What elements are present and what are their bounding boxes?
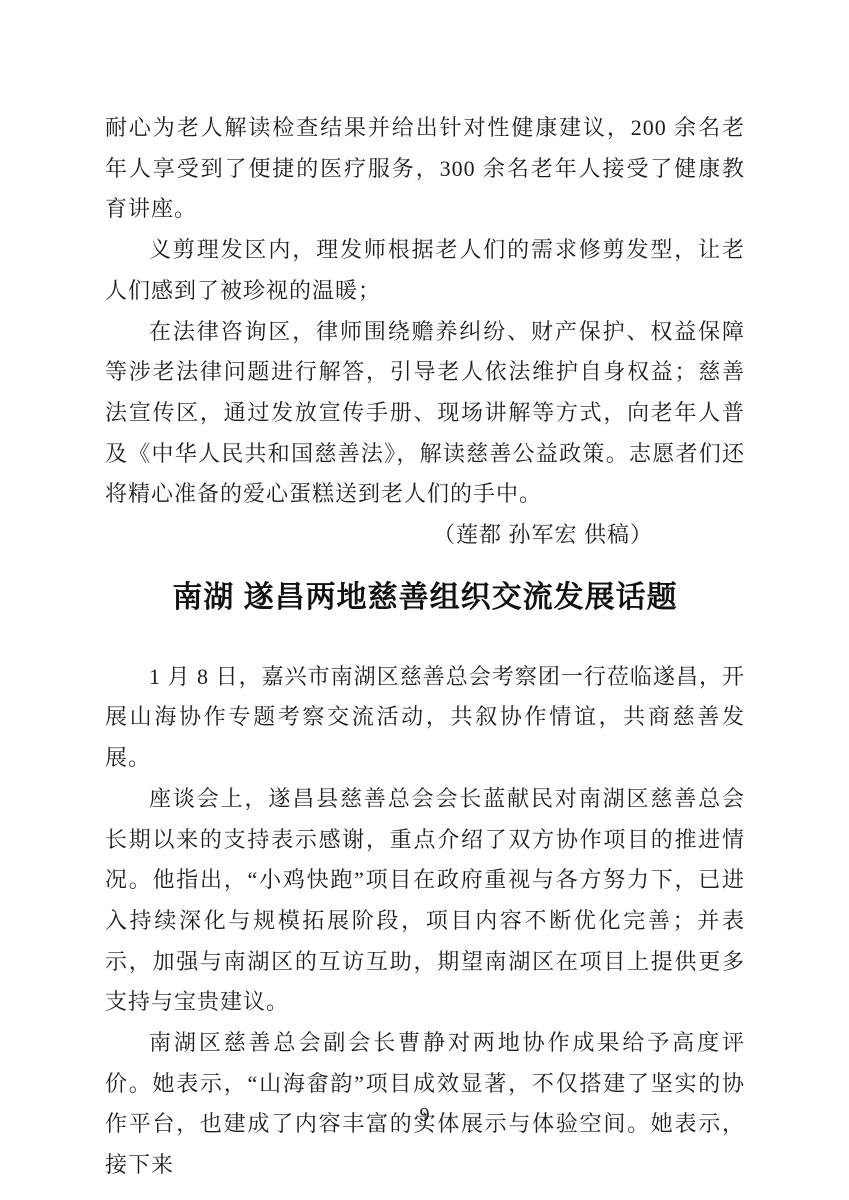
paragraph: 1 月 8 日，嘉兴市南湖区慈善总会考察团一行莅临遂昌，开展山海协作专题考察交流…: [105, 657, 745, 779]
article-title: 南湖 遂昌两地慈善组织交流发展话题: [105, 576, 745, 620]
paragraph: 义剪理发区内，理发师根据老人们的需求修剪发型，让老人们感到了被珍视的温暖；: [105, 230, 745, 311]
page-number: 9: [0, 1102, 849, 1128]
byline: （莲都 孙军宏 供稿）: [105, 515, 745, 556]
paragraph: 座谈会上，遂昌县慈善总会会长蓝献民对南湖区慈善总会长期以来的支持表示感谢，重点介…: [105, 779, 745, 1023]
document-page: 耐心为老人解读检查结果并给出针对性健康建议，200 余名老年人享受到了便捷的医疗…: [0, 0, 849, 1200]
paragraph-continuation: 耐心为老人解读检查结果并给出针对性健康建议，200 余名老年人享受到了便捷的医疗…: [105, 108, 745, 230]
page-content: 耐心为老人解读检查结果并给出针对性健康建议，200 余名老年人享受到了便捷的医疗…: [0, 0, 849, 1186]
paragraph: 在法律咨询区，律师围绕赡养纠纷、财产保护、权益保障等涉老法律问题进行解答，引导老…: [105, 312, 745, 516]
